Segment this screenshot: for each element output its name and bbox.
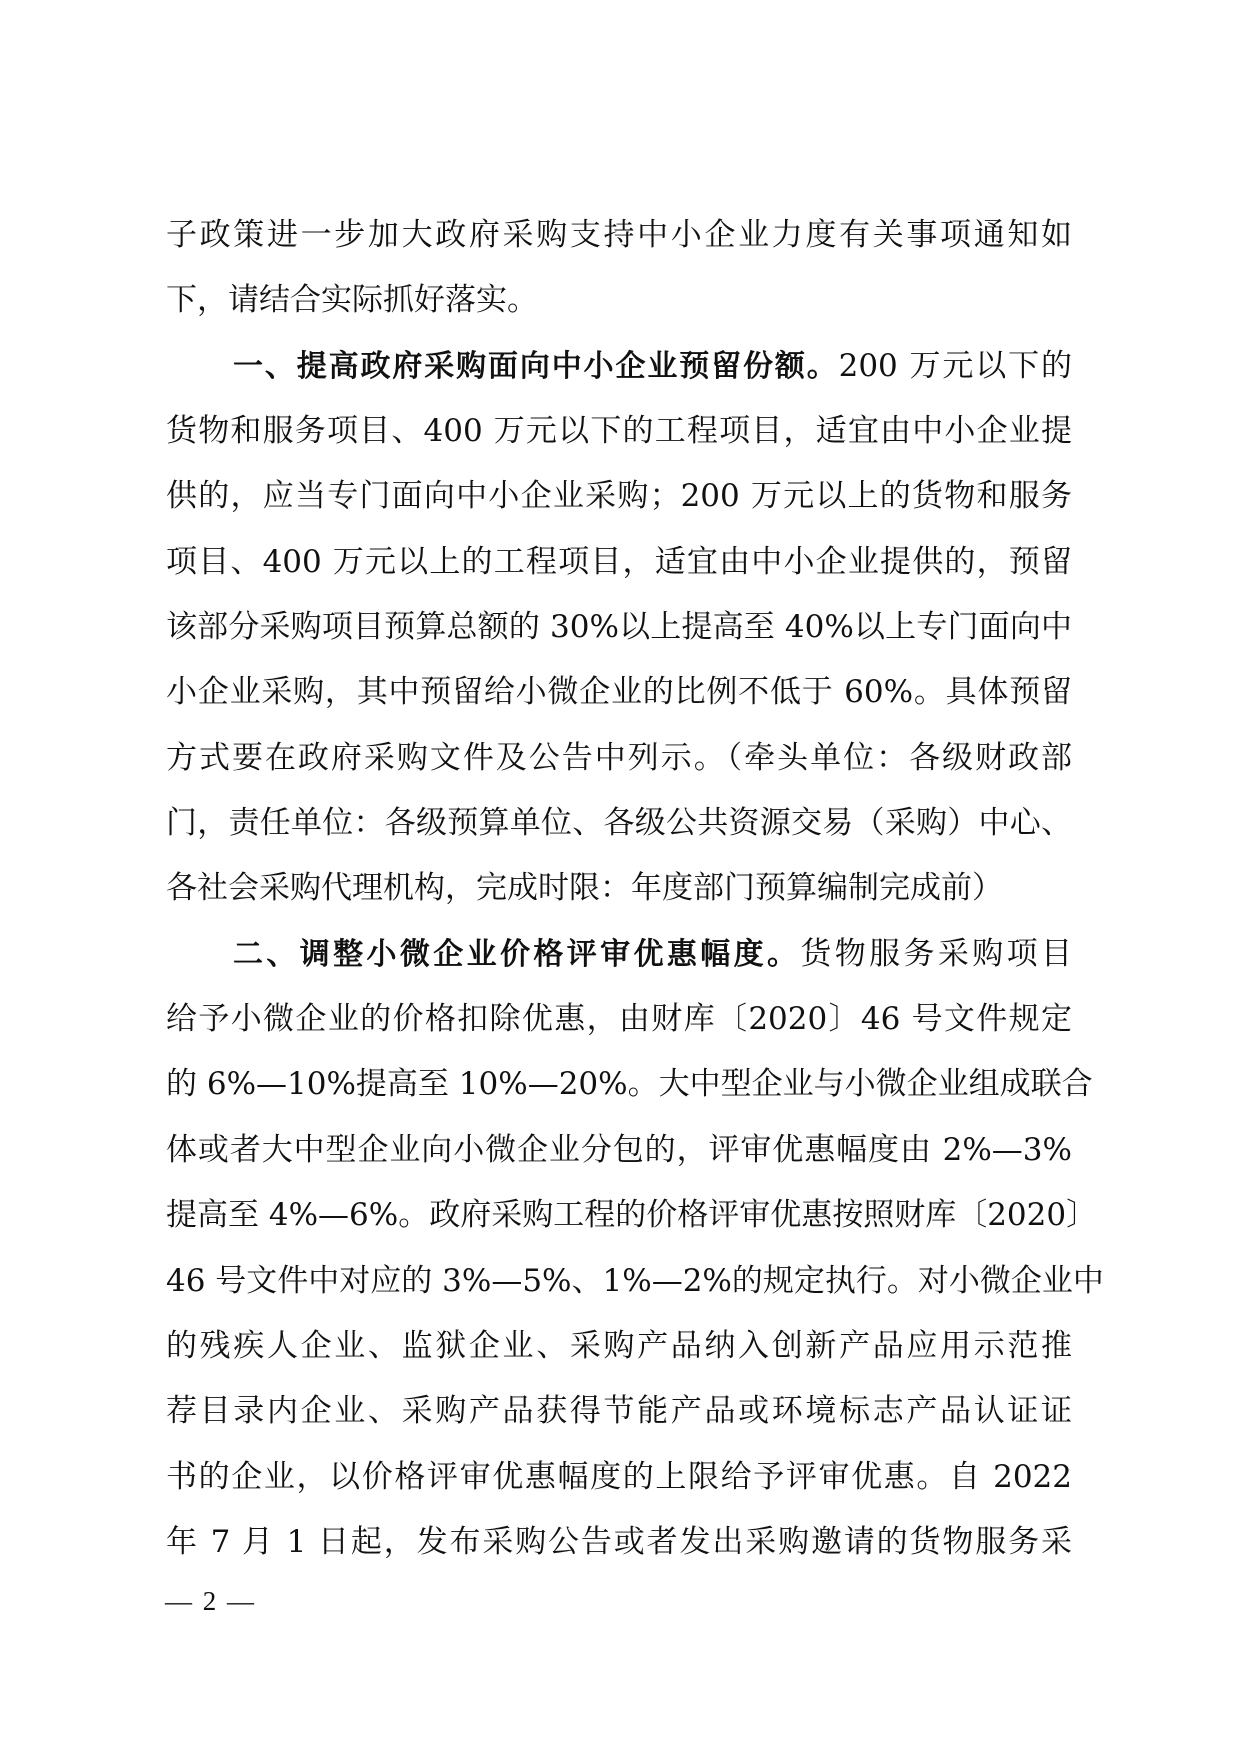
body-text-line: 提高至 4%—6%。政府采购工程的价格评审优惠按照财库〔2020〕 xyxy=(166,1183,1072,1248)
body-text: 货物和服务项目、400 万元以下的工程项目，适宜由中小企业提 xyxy=(166,413,1072,449)
section-heading-line: 一、提高政府采购面向中小企业预留份额。200 万元以下的 xyxy=(166,334,1072,399)
body-text-line: 子政策进一步加大政府采购支持中小企业力度有关事项通知如 xyxy=(166,203,1072,268)
section-heading: 一、提高政府采购面向中小企业预留份额。 xyxy=(233,349,839,384)
body-text: 各社会采购代理机构，完成时限：年度部门预算编制完成前） xyxy=(166,870,1003,906)
page-number: — 2 — xyxy=(165,1586,256,1617)
body-text-line: 的 6%—10%提高至 10%—20%。大中型企业与小微企业组成联合 xyxy=(166,1052,1072,1117)
body-text-line: 项目、400 万元以上的工程项目，适宜由中小企业提供的，预留 xyxy=(166,530,1072,595)
body-text: 项目、400 万元以上的工程项目，适宜由中小企业提供的，预留 xyxy=(166,544,1072,580)
body-text-line: 供的，应当专门面向中小企业采购；200 万元以上的货物和服务 xyxy=(166,464,1072,529)
body-text: 荐目录内企业、采购产品获得节能产品或环境标志产品认证证 xyxy=(166,1393,1072,1429)
body-text: 46 号文件中对应的 3%—5%、1%—2%的规定执行。对小微企业中 xyxy=(166,1263,1104,1299)
body-text-line: 门，责任单位：各级预算单位、各级公共资源交易（采购）中心、 xyxy=(166,791,1072,856)
body-text-line: 小企业采购，其中预留给小微企业的比例不低于 60%。具体预留 xyxy=(166,660,1072,725)
body-text: 提高至 4%—6%。政府采购工程的价格评审优惠按照财库〔2020〕 xyxy=(166,1197,1097,1233)
body-text: 货物服务采购项目 xyxy=(800,936,1072,972)
body-text-line: 荐目录内企业、采购产品获得节能产品或环境标志产品认证证 xyxy=(166,1379,1072,1444)
body-text: 供的，应当专门面向中小企业采购；200 万元以上的货物和服务 xyxy=(166,478,1072,514)
body-text: 该部分采购项目预算总额的 30%以上提高至 40%以上专门面向中 xyxy=(166,609,1072,645)
body-text: 书的企业，以价格评审优惠幅度的上限给予评审优惠。自 2022 xyxy=(166,1459,1072,1495)
body-text-line: 年 7 月 1 日起，发布采购公告或者发出采购邀请的货物服务采 xyxy=(166,1510,1072,1575)
body-text: 200 万元以下的 xyxy=(839,348,1072,384)
section-heading: 二、调整小微企业价格评审优惠幅度。 xyxy=(233,937,800,972)
body-text-line: 方式要在政府采购文件及公告中列示。（牵头单位：各级财政部 xyxy=(166,726,1072,791)
body-text: 方式要在政府采购文件及公告中列示。（牵头单位：各级财政部 xyxy=(166,740,1072,776)
body-text-line: 货物和服务项目、400 万元以下的工程项目，适宜由中小企业提 xyxy=(166,399,1072,464)
body-text: 给予小微企业的价格扣除优惠，由财库〔2020〕46 号文件规定 xyxy=(166,1001,1072,1037)
body-text: 下，请结合实际抓好落实。 xyxy=(166,282,538,318)
body-text-line: 下，请结合实际抓好落实。 xyxy=(166,268,1072,333)
body-text-line: 给予小微企业的价格扣除优惠，由财库〔2020〕46 号文件规定 xyxy=(166,987,1072,1052)
body-text-line: 该部分采购项目预算总额的 30%以上提高至 40%以上专门面向中 xyxy=(166,595,1072,660)
body-text: 体或者大中型企业向小微企业分包的，评审优惠幅度由 2%—3% xyxy=(166,1132,1072,1168)
document-body: 子政策进一步加大政府采购支持中小企业力度有关事项通知如下，请结合实际抓好落实。一… xyxy=(166,203,1072,1575)
body-text-line: 的残疾人企业、监狱企业、采购产品纳入创新产品应用示范推 xyxy=(166,1314,1072,1379)
document-page: 子政策进一步加大政府采购支持中小企业力度有关事项通知如下，请结合实际抓好落实。一… xyxy=(0,0,1239,1754)
body-text: 的 6%—10%提高至 10%—20%。大中型企业与小微企业组成联合 xyxy=(166,1066,1093,1102)
body-text: 年 7 月 1 日起，发布采购公告或者发出采购邀请的货物服务采 xyxy=(166,1524,1072,1560)
body-text: 小企业采购，其中预留给小微企业的比例不低于 60%。具体预留 xyxy=(166,674,1072,710)
section-heading-line: 二、调整小微企业价格评审优惠幅度。货物服务采购项目 xyxy=(166,922,1072,987)
body-text-line: 各社会采购代理机构，完成时限：年度部门预算编制完成前） xyxy=(166,856,1072,921)
body-text: 的残疾人企业、监狱企业、采购产品纳入创新产品应用示范推 xyxy=(166,1328,1072,1364)
body-text-line: 体或者大中型企业向小微企业分包的，评审优惠幅度由 2%—3% xyxy=(166,1118,1072,1183)
body-text-line: 46 号文件中对应的 3%—5%、1%—2%的规定执行。对小微企业中 xyxy=(166,1249,1072,1314)
body-text: 门，责任单位：各级预算单位、各级公共资源交易（采购）中心、 xyxy=(166,805,1072,841)
body-text: 子政策进一步加大政府采购支持中小企业力度有关事项通知如 xyxy=(166,217,1072,253)
body-text-line: 书的企业，以价格评审优惠幅度的上限给予评审优惠。自 2022 xyxy=(166,1445,1072,1510)
